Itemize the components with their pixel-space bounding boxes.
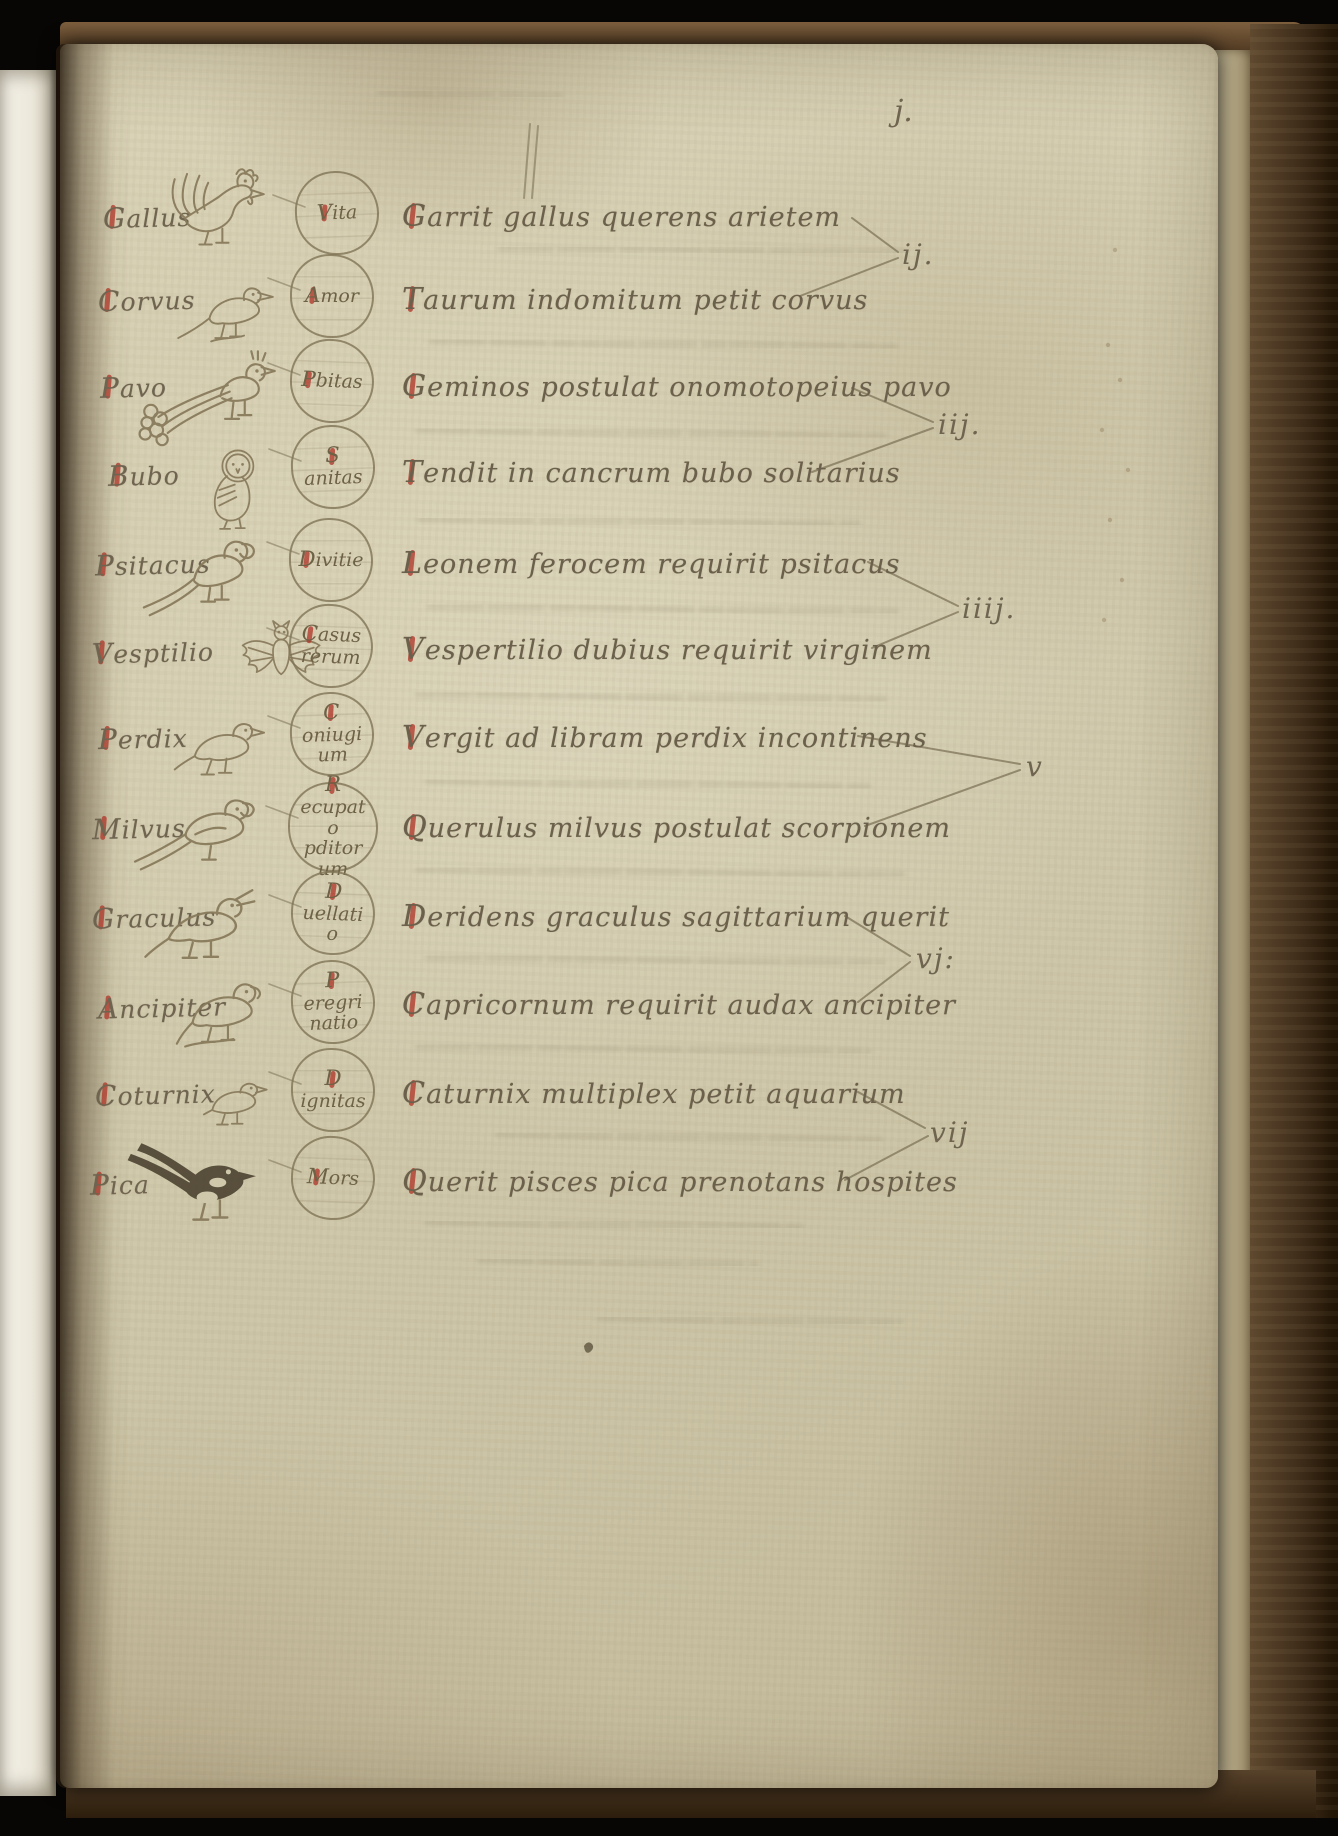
fortune-label: Amor bbox=[305, 285, 359, 308]
verse-text: Deridens graculus sagittarium querit bbox=[402, 899, 950, 934]
fortune-label: Coniugium bbox=[296, 701, 368, 767]
verse-text: Capricornum requirit audax ancipiter bbox=[402, 987, 956, 1022]
fortune-label: Dignitas bbox=[298, 1068, 368, 1111]
fortune-medallion: Coniugium bbox=[289, 691, 376, 778]
verse-text: Geminos postulat onomotopeius pavo bbox=[402, 369, 952, 404]
margin-numeral: v bbox=[1026, 750, 1044, 783]
bird-rooster-drawing bbox=[150, 148, 300, 266]
facing-page-edge bbox=[0, 70, 56, 1796]
margin-numeral: ij. bbox=[902, 238, 935, 271]
manuscript-photo: { "folio_number": "j.", "rows": [ {"name… bbox=[0, 0, 1338, 1836]
fortune-medallion: Divitie bbox=[289, 518, 373, 602]
fortune-medallion: Dignitas bbox=[291, 1048, 375, 1132]
fortune-label: Peregrinatio bbox=[297, 969, 369, 1035]
fortune-label: Duellatio bbox=[297, 880, 369, 946]
fortune-label: Mors bbox=[307, 1166, 360, 1191]
fortune-label: Vita bbox=[316, 201, 357, 225]
verse-text: Taurum indomitum petit corvus bbox=[402, 282, 868, 317]
verse-text: Vespertilio dubius requirit virginem bbox=[402, 632, 933, 667]
fortune-label: Divitie bbox=[299, 549, 364, 572]
margin-numeral: iiij. bbox=[962, 592, 1016, 625]
fortune-label: Casus rerum bbox=[295, 623, 366, 669]
margin-numeral: iij. bbox=[938, 408, 982, 441]
margin-numeral: vj: bbox=[916, 942, 956, 975]
fortune-label: Sanitas bbox=[297, 444, 368, 490]
folio-number: j. bbox=[894, 94, 913, 129]
fortune-medallion: Amor bbox=[290, 254, 374, 338]
verse-text: Garrit gallus querens arietem bbox=[402, 199, 841, 234]
fortune-medallion: Peregrinatio bbox=[290, 959, 377, 1046]
verse-text: Tendit in cancrum bubo solitarius bbox=[402, 455, 901, 490]
fortune-medallion: Duellatio bbox=[290, 870, 377, 957]
verse-text: Caturnix multiplex petit aquarium bbox=[402, 1076, 906, 1111]
verse-text: Querit pisces pica prenotans hospites bbox=[402, 1164, 958, 1199]
verse-text: Vergit ad libram perdix incontinens bbox=[402, 720, 928, 755]
bird-name-label: Vesptilio bbox=[92, 634, 215, 670]
fortune-label: Recupato pditorum bbox=[298, 774, 368, 879]
verse-text: Leonem ferocem requirit psitacus bbox=[402, 546, 901, 581]
verse-text: Querulus milvus postulat scorpionem bbox=[402, 810, 951, 845]
bird-magpie-drawing bbox=[102, 1122, 306, 1244]
fortune-medallion: Recupato pditorum bbox=[288, 782, 378, 872]
margin-numeral: vij bbox=[930, 1116, 969, 1149]
book-cover-right-edge bbox=[1250, 24, 1338, 1818]
fortune-label: Pbitas bbox=[301, 368, 363, 393]
